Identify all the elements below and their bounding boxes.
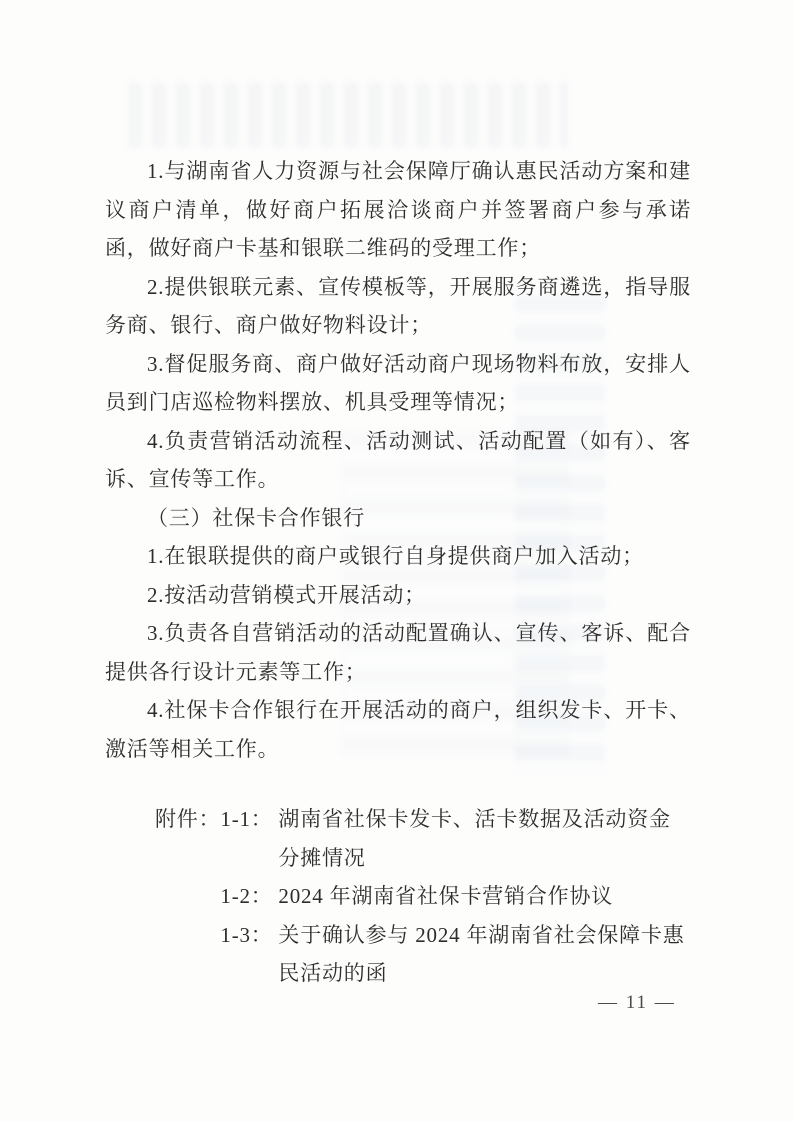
attachment-id: 1-2：	[220, 877, 278, 916]
paragraph-3: 3.督促服务商、商户做好活动商户现场物料布放，安排人员到门店巡检物料摆放、机具受…	[105, 345, 691, 422]
paragraph-7: 3.负责各自营销活动的活动配置确认、宣传、客诉、配合提供各行设计元素等工作；	[105, 614, 691, 691]
attachments-block: 附件： 1-1： 湖南省社保卡发卡、活卡数据及活动资金分摊情况 1-2： 202…	[105, 800, 691, 993]
attachment-id: 1-1：	[220, 800, 278, 839]
document-body: 1.与湖南省人力资源与社会保障厅确认惠民活动方案和建议商户清单，做好商户拓展洽谈…	[105, 152, 691, 993]
paragraph-2: 2.提供银联元素、宣传模板等，开展服务商遴选，指导服务商、银行、商户做好物料设计…	[105, 268, 691, 345]
document-page: 1.与湖南省人力资源与社会保障厅确认惠民活动方案和建议商户清单，做好商户拓展洽谈…	[0, 0, 794, 1122]
bleed-through-artifact	[128, 82, 568, 148]
page-number: — 11 —	[598, 992, 676, 1014]
attachment-title: 湖南省社保卡发卡、活卡数据及活动资金分摊情况	[278, 800, 691, 877]
attachment-item: 1-2： 2024 年湖南省社保卡营销合作协议	[220, 877, 691, 916]
section-heading: （三）社保卡合作银行	[105, 499, 691, 538]
attachment-item: 1-3： 关于确认参与 2024 年湖南省社会保障卡惠民活动的函	[220, 916, 691, 993]
paragraph-4: 4.负责营销活动流程、活动测试、活动配置（如有）、客诉、宣传等工作。	[105, 422, 691, 499]
attachments-list: 1-1： 湖南省社保卡发卡、活卡数据及活动资金分摊情况 1-2： 2024 年湖…	[220, 800, 691, 993]
paragraph-1: 1.与湖南省人力资源与社会保障厅确认惠民活动方案和建议商户清单，做好商户拓展洽谈…	[105, 152, 691, 268]
paragraph-8: 4.社保卡合作银行在开展活动的商户，组织发卡、开卡、激活等相关工作。	[105, 691, 691, 768]
attachment-title: 关于确认参与 2024 年湖南省社会保障卡惠民活动的函	[278, 916, 691, 993]
paragraph-5: 1.在银联提供的商户或银行自身提供商户加入活动；	[105, 537, 691, 576]
attachment-item: 1-1： 湖南省社保卡发卡、活卡数据及活动资金分摊情况	[220, 800, 691, 877]
attachment-title: 2024 年湖南省社保卡营销合作协议	[278, 877, 691, 916]
attachment-id: 1-3：	[220, 916, 278, 955]
paragraph-6: 2.按活动营销模式开展活动；	[105, 576, 691, 615]
attachments-label: 附件：	[155, 800, 220, 839]
